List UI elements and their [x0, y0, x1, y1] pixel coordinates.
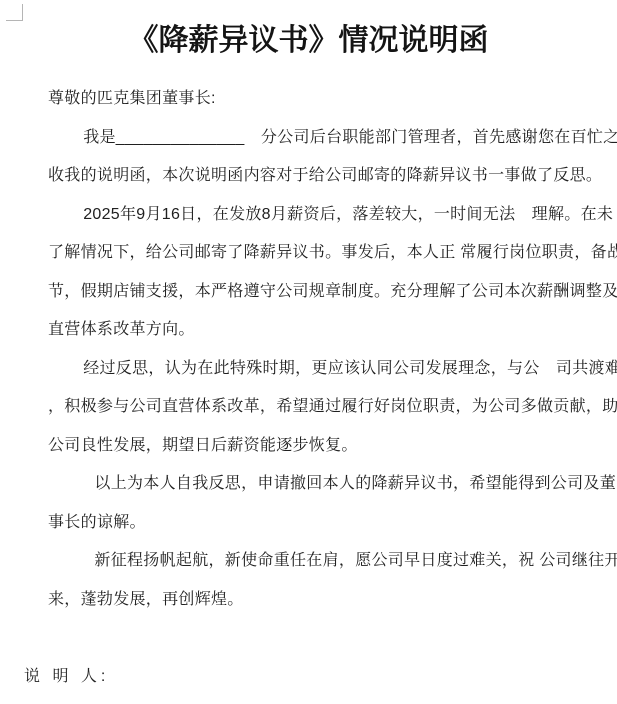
body-text-line: 以上为本人自我反思，申请撤回本人的降薪异议书，希望能得到公司及董 — [48, 465, 575, 504]
body-text-line: 了解情况下，给公司邮寄了降薪异议书。事发后，本人正 常履行岗位职责，备战双 — [48, 234, 575, 273]
body-text-line: 经过反思，认为在此特殊时期，更应该认同公司发展理念，与公 司共渡难关 — [48, 350, 575, 389]
body-text-line: 事长的谅解。 — [48, 504, 575, 543]
page-corner-crop-mark — [6, 4, 23, 21]
body-text-line: 2025年9月16日，在发放8月薪资后，落差较大，一时间无法 理解。在未 — [48, 196, 575, 235]
body-text-line: 来，蓬勃发展，再创辉煌。 — [48, 581, 575, 620]
body-text-line: 收我的说明函，本次说明函内容对于给公司邮寄的降薪异议书一事做了反思。 — [48, 157, 575, 196]
salutation-line: 尊敬的匹克集团董事长: — [48, 80, 575, 119]
signature-label: 说 明 人: — [24, 658, 575, 697]
body-text-line: 新征程扬帆起航，新使命重任在肩，愿公司早日度过难关，祝 公司继往开 — [48, 542, 575, 581]
document-title: 《降薪异议书》情况说明函 — [0, 22, 617, 60]
body-text-line: 节，假期店铺支援，本严格遵守公司规章制度。充分理解了公司本次薪酬调整及 — [48, 273, 575, 312]
document-body: 尊敬的匹克集团董事长:我是______________ 分公司后台职能部门管理者… — [48, 80, 575, 696]
body-text-line: 我是______________ 分公司后台职能部门管理者，首先感谢您在百忙之中… — [48, 119, 575, 158]
document-page: 《降薪异议书》情况说明函 尊敬的匹克集团董事长:我是______________… — [0, 0, 617, 704]
body-text-line: 公司良性发展，期望日后薪资能逐步恢复。 — [48, 427, 575, 466]
body-text-line: ，积极参与公司直营体系改革，希望通过履行好岗位职责，为公司多做贡献，助力 — [48, 388, 575, 427]
body-text-line: 直营体系改革方向。 — [48, 311, 575, 350]
blank-line — [48, 619, 575, 658]
